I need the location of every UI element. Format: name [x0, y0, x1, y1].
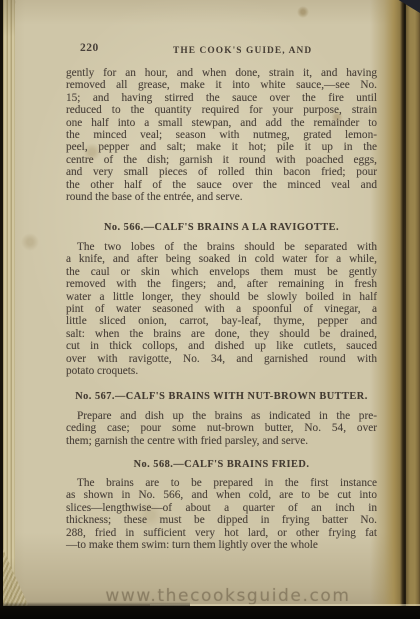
book-page-scan: 220 THE COOK'S GUIDE, AND gently for an …: [0, 0, 420, 619]
recipe-heading-566: No. 566.—CALF'S BRAINS A LA RAVIGOTTE.: [56, 222, 387, 233]
gutter-crease-line: [404, 0, 406, 619]
recipe-heading-567: No. 567.—CALF'S BRAINS WITH NUT-BROWN BU…: [56, 391, 387, 402]
left-page-edges: [3, 0, 15, 619]
paragraph-recipe-566: The two lobes of the brains should be se…: [66, 241, 377, 377]
running-title: THE COOK'S GUIDE, AND: [173, 46, 312, 56]
paragraph-continuation: gently for an hour, and when done, strai…: [66, 67, 377, 203]
paragraph-recipe-567: Prepare and dish up the brains as indica…: [66, 410, 377, 447]
page-number: 220: [80, 42, 99, 54]
paragraph-recipe-568: The brains are to be prepared in the fir…: [66, 477, 377, 551]
left-binding-edge: [0, 0, 3, 619]
recipe-heading-568: No. 568.—CALF'S BRAINS FRIED.: [56, 459, 387, 470]
bottom-black-strip: [0, 606, 420, 619]
right-gutter-shadow: [370, 0, 420, 619]
